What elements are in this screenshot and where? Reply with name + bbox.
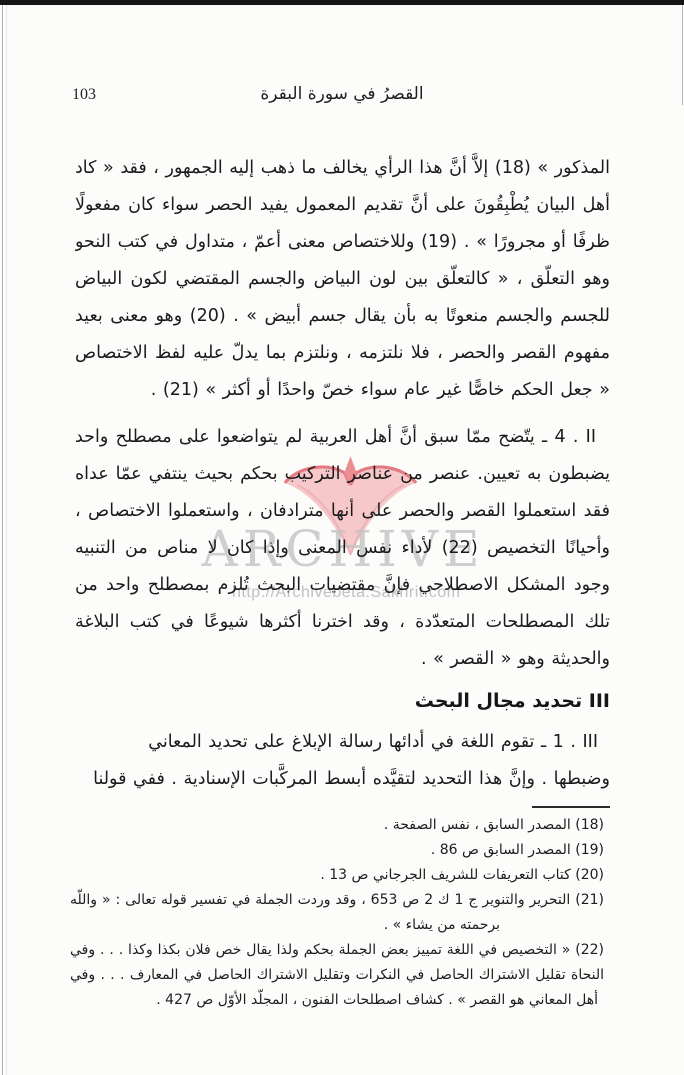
body-line: وجود المشكل الاصطلاحي فإنَّ مقتضيات البح… <box>75 567 610 604</box>
body-line: II‏ . ‏4 ـ يتّضح ممّا سبق أنَّ أهل العرب… <box>75 419 610 456</box>
body-line: يضبطون به تعيين. عنصر من عناصر التركيب ب… <box>75 456 610 493</box>
body-line: وهو التعلّق ، « كالتعلّق بين لون البياض … <box>75 261 610 298</box>
body-line: « جعل الحكم خاصًّا غير عام سواء خصّ واحد… <box>75 372 610 409</box>
footnote-separator <box>532 806 610 808</box>
paragraph-2: II‏ . ‏4 ـ يتّضح ممّا سبق أنَّ أهل العرب… <box>75 419 610 678</box>
body-line: والحديثة وهو « القصر » . <box>75 641 610 678</box>
body-line: المذكور » (18) إلاَّ أنَّ هذا الرأي يخال… <box>75 150 610 187</box>
footnote-line-22: (22) « التخصيص في اللغة تمييز بعض الجملة… <box>70 938 604 963</box>
body-line: وأحيانًا التخصيص (22) لأداء نفس المعنى و… <box>75 530 610 567</box>
paragraph-3: III‏ . ‏1 ـ تقوم اللغة في أدائها رسالة ا… <box>75 724 610 798</box>
body-line: مفهوم القصر والحصر ، فلا نلتزمه ، ونلتزم… <box>75 335 610 372</box>
footnote-line-19: (19) المصدر السابق ص 86 . <box>70 838 604 863</box>
paragraph-1: المذكور » (18) إلاَّ أنَّ هذا الرأي يخال… <box>75 150 610 409</box>
footnote-line-20: (20) كتاب التعريفات للشريف الجرجاني ص 13… <box>70 863 604 888</box>
body-line: وضبطها . وإنَّ هذا التحديد لتقيَّده أبسط… <box>75 761 610 798</box>
footnote-line-21: (21) التحرير والتنوير ج 1 ك 2 ص 653 ، وق… <box>70 888 604 913</box>
footnote-line-22-cont: أهل المعاني هو القصر » . كشاف اصطلحات ال… <box>70 988 604 1013</box>
footnote-line-22-cont: النحاة تقليل الاشتراك الحاصل في النكرات … <box>70 963 604 988</box>
body-line: ظرفًا أو مجرورًا » . (19) وللاختصاص معنى… <box>75 224 610 261</box>
body-line: أهل البيان يُطْبِقُونَ على أنَّ تقديم ال… <box>75 187 610 224</box>
body-line: تلك المصطلحات المتعدّدة ، وقد اخترنا أكث… <box>75 604 610 641</box>
body-line: للجسم والجسم منعوتًا به بأن يقال جسم أبي… <box>75 298 610 335</box>
body-text: المذكور » (18) إلاَّ أنَّ هذا الرأي يخال… <box>75 150 610 798</box>
scanned-book-page: ARCHIVE http://Archivebeta.Sakhrit.com 1… <box>0 0 684 1075</box>
footnotes: (18) المصدر السابق ، نفس الصفحة . (19) ا… <box>70 813 604 1013</box>
section-heading: III تحديد مجال البحث <box>75 686 610 716</box>
running-title: القصرُ في سورة البقرة <box>0 84 684 104</box>
footnote-line-21-cont: برحمته من يشاء » . <box>70 913 604 938</box>
footnote-line-18: (18) المصدر السابق ، نفس الصفحة . <box>70 813 604 838</box>
body-line: فقد استعملوا القصر والحصر على أنها متراد… <box>75 493 610 530</box>
body-line: III‏ . ‏1 ـ تقوم اللغة في أدائها رسالة ا… <box>75 724 610 761</box>
